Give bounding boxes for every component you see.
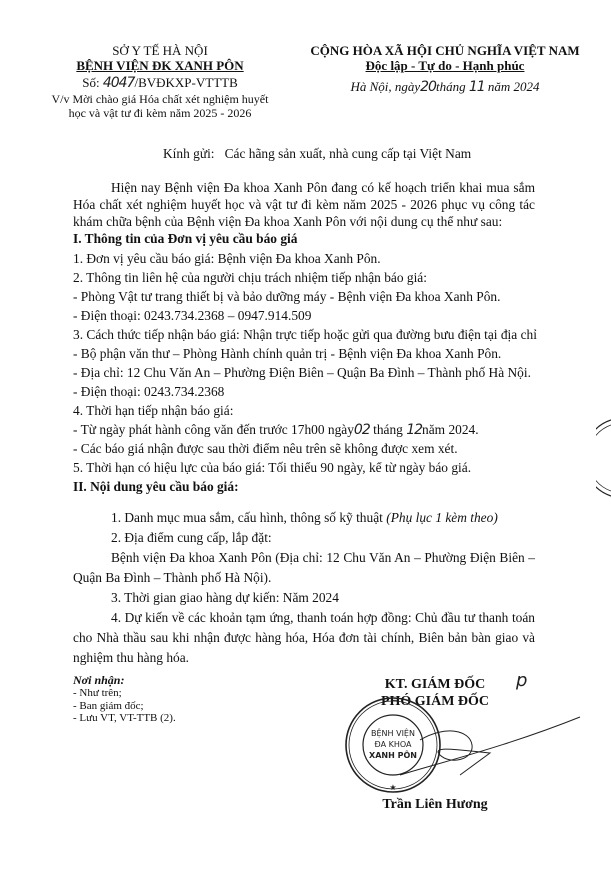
department-name: SỞ Y TẾ HÀ NỘI [50, 43, 270, 58]
section-2-item-2-detail-1: Bệnh viện Đa khoa Xanh Pôn (Địa chỉ: 12 … [111, 550, 535, 566]
section-1-after-line: - Các báo giá nhận được sau thời điểm nê… [73, 441, 458, 457]
recipients-title: Nơi nhận: [73, 673, 176, 687]
deadline-line: - Từ ngày phát hành công văn đến trước 1… [73, 422, 479, 438]
intro-line-1: Hiện nay Bệnh viện Đa khoa Xanh Pôn đang… [111, 180, 535, 196]
date-line: Hà Nội, ngày20tháng 11 năm 2024 [300, 79, 590, 95]
date-prefix: Hà Nội, ngày [350, 79, 420, 94]
signature-title-1: KT. GIÁM ĐỐC [330, 677, 540, 693]
edge-seal-icon [596, 418, 611, 498]
deadline-month-label: tháng [373, 422, 403, 437]
signature-scribble-icon [390, 705, 590, 785]
number-label: Số: [82, 75, 99, 90]
nation-name: CỘNG HÒA XÃ HỘI CHỦ NGHĨA VIỆT NAM [300, 43, 590, 58]
item-1-text: 1. Danh mục mua sắm, cấu hình, thông số … [111, 510, 383, 525]
hospital-name: BỆNH VIỆN ĐK XANH PÔN [50, 58, 270, 73]
section-1-line: - Địa chỉ: 12 Chu Văn An – Phường Điện B… [73, 365, 531, 381]
recipient-item: - Ban giám đốc; [73, 700, 176, 713]
recipient-item: - Như trên; [73, 687, 176, 700]
number-suffix: /BVĐKXP-VTTTB [134, 75, 237, 90]
section-1-line: 2. Thông tin liên hệ của người chịu trác… [73, 270, 427, 286]
section-2-item-1: 1. Danh mục mua sắm, cấu hình, thông số … [111, 510, 498, 526]
intro-line-3: khám chữa bệnh của Bệnh viện Đa khoa Xan… [73, 214, 502, 230]
signature-initial: p [516, 670, 526, 691]
section-2-title: II. Nội dung yêu cầu báo giá: [73, 479, 239, 495]
section-2-item-4-line-2: cho Nhà thầu sau khi nhận được hàng hóa,… [73, 630, 535, 646]
section-1-after-line: 5. Thời hạn có hiệu lực của báo giá: Tối… [73, 460, 471, 476]
section-1-line: 4. Thời hạn tiếp nhận báo giá: [73, 403, 233, 419]
date-month-handwritten: 11 [469, 79, 485, 95]
section-1-title: I. Thông tin của Đơn vị yêu cầu báo giá [73, 231, 297, 247]
section-2-item-4-line-1: 4. Dự kiến về các khoản tạm ứng, thanh t… [111, 610, 535, 626]
recipient-value: Các hãng sản xuất, nhà cung cấp tại Việt… [225, 146, 472, 161]
deadline-suffix: năm 2024. [422, 422, 479, 437]
subject-line-2: học và vật tư đi kèm năm 2025 - 2026 [50, 106, 270, 120]
recipient-line: Kính gửi: Các hãng sản xuất, nhà cung cấ… [163, 146, 471, 162]
subject-line-1: V/v Mời chào giá Hóa chất xét nghiệm huy… [50, 92, 270, 106]
section-2-item-2: 2. Địa điểm cung cấp, lắp đặt: [111, 530, 272, 546]
recipient-label: Kính gửi: [163, 146, 215, 161]
document-number: Số: 4047/BVĐKXP-VTTTB [50, 75, 270, 91]
date-day-handwritten: 20 [420, 79, 436, 95]
header-right: CỘNG HÒA XÃ HỘI CHỦ NGHĨA VIỆT NAM Độc l… [300, 43, 590, 95]
intro-line-2: Hóa chất xét nghiệm huyết học và vật tư … [73, 197, 535, 213]
section-1-line: - Điện thoại: 0243.734.2368 [73, 384, 224, 400]
section-1-line: 1. Đơn vị yêu cầu báo giá: Bệnh viện Đa … [73, 251, 381, 267]
number-handwritten: 4047 [103, 75, 135, 91]
deadline-month-handwritten: 12 [406, 422, 422, 438]
recipients-block: Nơi nhận: - Như trên; - Ban giám đốc; - … [73, 673, 176, 725]
deadline-day-handwritten: 02 [354, 422, 370, 438]
section-1-line: 3. Cách thức tiếp nhận báo giá: Nhận trự… [73, 327, 537, 343]
section-2-item-4-line-3: nghiệm thu hàng hóa. [73, 650, 189, 666]
date-month-label: tháng [436, 79, 466, 94]
deadline-prefix: - Từ ngày phát hành công văn đến trước 1… [73, 422, 354, 437]
recipient-item: - Lưu VT, VT-TTB (2). [73, 712, 176, 725]
item-1-note: (Phụ lục 1 kèm theo) [386, 510, 498, 525]
section-2-item-3: 3. Thời gian giao hàng dự kiến: Năm 2024 [111, 590, 339, 606]
header-left: SỞ Y TẾ HÀ NỘI BỆNH VIỆN ĐK XANH PÔN Số:… [50, 43, 270, 120]
section-2-item-2-detail-2: Quận Ba Đình – Thành phố Hà Nội). [73, 570, 271, 586]
signer-name: Trần Liên Hương [330, 797, 540, 813]
section-1-line: - Phòng Vật tư trang thiết bị và bảo dưỡ… [73, 289, 500, 305]
motto: Độc lập - Tự do - Hạnh phúc [300, 58, 590, 73]
section-1-line: - Điện thoại: 0243.734.2368 – 0947.914.5… [73, 308, 311, 324]
section-1-line: - Bộ phận văn thư – Phòng Hành chính quả… [73, 346, 501, 362]
date-year: năm 2024 [488, 79, 540, 94]
